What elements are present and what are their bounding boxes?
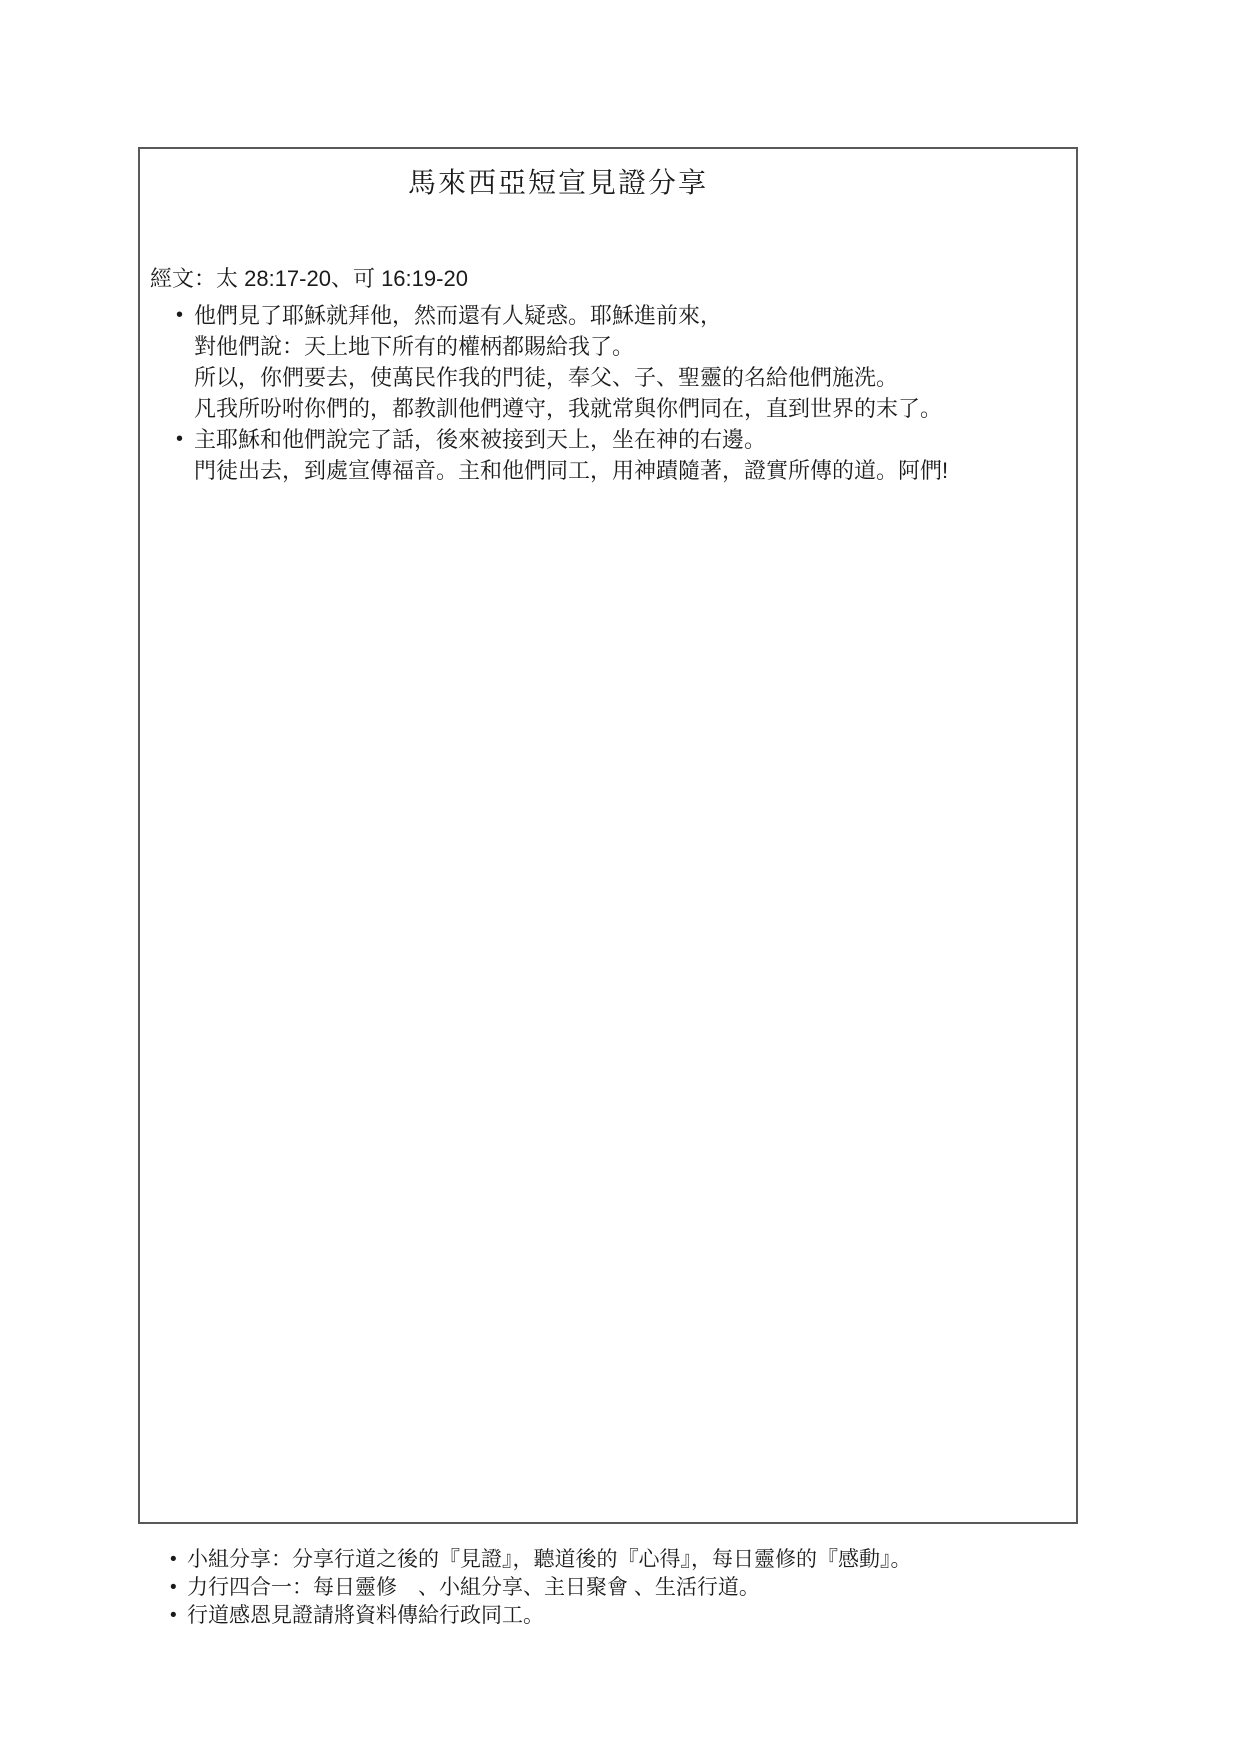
verse-line: 所以，你們要去，使萬民作我的門徒，奉父、子、聖靈的名給他們施洗。: [194, 362, 1066, 393]
verse-line: 門徒出去，到處宣傳福音。主和他們同工，用神蹟隨著，證實所傳的道。阿們!: [194, 455, 1066, 486]
scripture-reference: 經文：太 28:17-20、可 16:19-20: [150, 263, 1066, 294]
verse-line: 對他們說：天上地下所有的權柄都賜給我了。: [194, 331, 1066, 362]
footer-note-list: • 小組分享：分享行道之後的『見證』，聽道後的『心得』，每日靈修的『感動』。 •…: [170, 1546, 912, 1630]
verse-line: 主耶穌和他們說完了話，後來被接到天上，坐在神的右邊。: [194, 424, 1066, 455]
verse-line: 凡我所吩咐你們的，都教訓他們遵守，我就常與你們同在，直到世界的末了。: [194, 393, 1066, 424]
content-box: 馬來西亞短宣見證分享 經文：太 28:17-20、可 16:19-20 • 他們…: [138, 147, 1078, 1524]
page-title: 馬來西亞短宣見證分享: [150, 165, 966, 201]
bullet-icon: •: [176, 424, 183, 455]
bullet-icon: •: [170, 1574, 177, 1602]
bullet-icon: •: [170, 1546, 177, 1574]
bullet-icon: •: [176, 300, 183, 331]
list-item: • 力行四合一：每日靈修 、小組分享、主日聚會 、生活行道。: [170, 1574, 912, 1602]
document-page: 馬來西亞短宣見證分享 經文：太 28:17-20、可 16:19-20 • 他們…: [0, 0, 1241, 1755]
list-item: • 行道感恩見證請將資料傳給行政同工。: [170, 1602, 912, 1630]
footer-note-text: 力行四合一：每日靈修 、小組分享、主日聚會 、生活行道。: [187, 1576, 760, 1599]
verse-item: • 他們見了耶穌就拜他，然而還有人疑惑。耶穌進前來， 對他們說：天上地下所有的權…: [176, 300, 1066, 424]
footer-note-text: 小組分享：分享行道之後的『見證』，聽道後的『心得』，每日靈修的『感動』。: [187, 1548, 912, 1571]
footer-note-text: 行道感恩見證請將資料傳給行政同工。: [187, 1604, 544, 1627]
verse-item: • 主耶穌和他們說完了話，後來被接到天上，坐在神的右邊。 門徒出去，到處宣傳福音…: [176, 424, 1066, 486]
verse-line: 他們見了耶穌就拜他，然而還有人疑惑。耶穌進前來，: [194, 300, 1066, 331]
list-item: • 小組分享：分享行道之後的『見證』，聽道後的『心得』，每日靈修的『感動』。: [170, 1546, 912, 1574]
bullet-icon: •: [170, 1602, 177, 1630]
verse-list: • 他們見了耶穌就拜他，然而還有人疑惑。耶穌進前來， 對他們說：天上地下所有的權…: [150, 300, 1066, 486]
